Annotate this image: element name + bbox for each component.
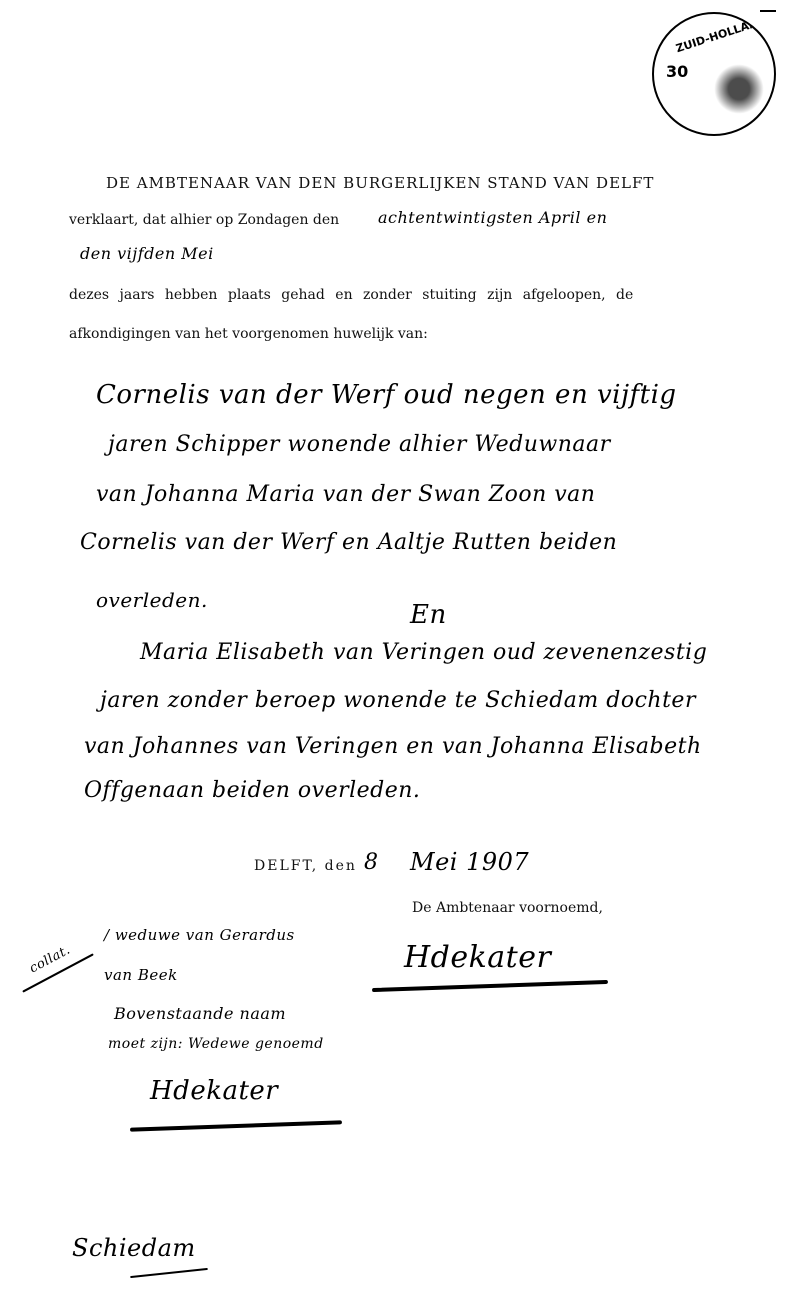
conjunction-en: En [410,600,447,630]
postal-stamp-icon: ZUID-HOLLAND 30 [652,12,776,136]
margin-note-line-4: moet zijn: Wedewe genoemd [108,1036,324,1052]
civil-registry-document: ZUID-HOLLAND 30 DE AMBTENAAR VAN DEN BUR… [0,0,800,1300]
declaration-handwritten-1: achtentwintigsten April en [378,208,607,227]
bride-line-1: Maria Elisabeth van Veringen oud zevenen… [140,640,707,665]
stamp-day: 30 [666,62,688,81]
groom-line-1: Cornelis van der Werf oud negen en vijft… [96,380,677,410]
signature-underline [372,980,608,992]
footer-underline [130,1268,208,1278]
dateline-day: 8 [364,850,379,875]
margin-note-line-3: Bovenstaande naam [114,1004,286,1023]
official-signature: Hdekater [404,940,551,975]
declaration-handwritten-2: den vijfden Mei [80,244,214,263]
margin-collated-mark: collat. [27,943,73,977]
groom-line-4: Cornelis van der Werf en Aaltje Rutten b… [80,530,617,555]
stamp-ink-blot [714,64,764,114]
corner-mark [760,10,776,12]
bride-line-3: van Johannes van Veringen en van Johanna… [84,734,702,759]
margin-note-line-2: van Beek [104,966,178,984]
groom-line-3: van Johanna Maria van der Swan Zoon van [96,482,595,507]
declaration-printed-3: afkondigingen van het voorgenomen huweli… [69,326,428,342]
footer-place: Schiedam [72,1234,196,1262]
groom-line-5: overleden. [96,588,208,612]
bride-line-2: jaren zonder beroep wonende te Schiedam … [100,688,696,713]
stamp-text: ZUID-HOLLAND [674,14,768,56]
dateline-month-year: Mei 1907 [410,848,529,876]
declaration-printed-1: verklaart, dat alhier op Zondagen den [69,212,339,228]
declaration-printed-2: dezes jaars hebben plaats gehad en zonde… [69,287,633,303]
margin-signature-underline [130,1120,342,1131]
dateline-printed: DELFT, den [254,858,357,874]
document-heading: DE AMBTENAAR VAN DEN BURGERLIJKEN STAND … [106,174,654,192]
margin-note-line-1: / weduwe van Gerardus [104,926,295,944]
official-title: De Ambtenaar voornoemd, [412,900,603,916]
margin-note-signature: Hdekater [150,1076,278,1106]
groom-line-2: jaren Schipper wonende alhier Weduwnaar [108,432,611,457]
bride-line-4: Offgenaan beiden overleden. [84,778,420,803]
